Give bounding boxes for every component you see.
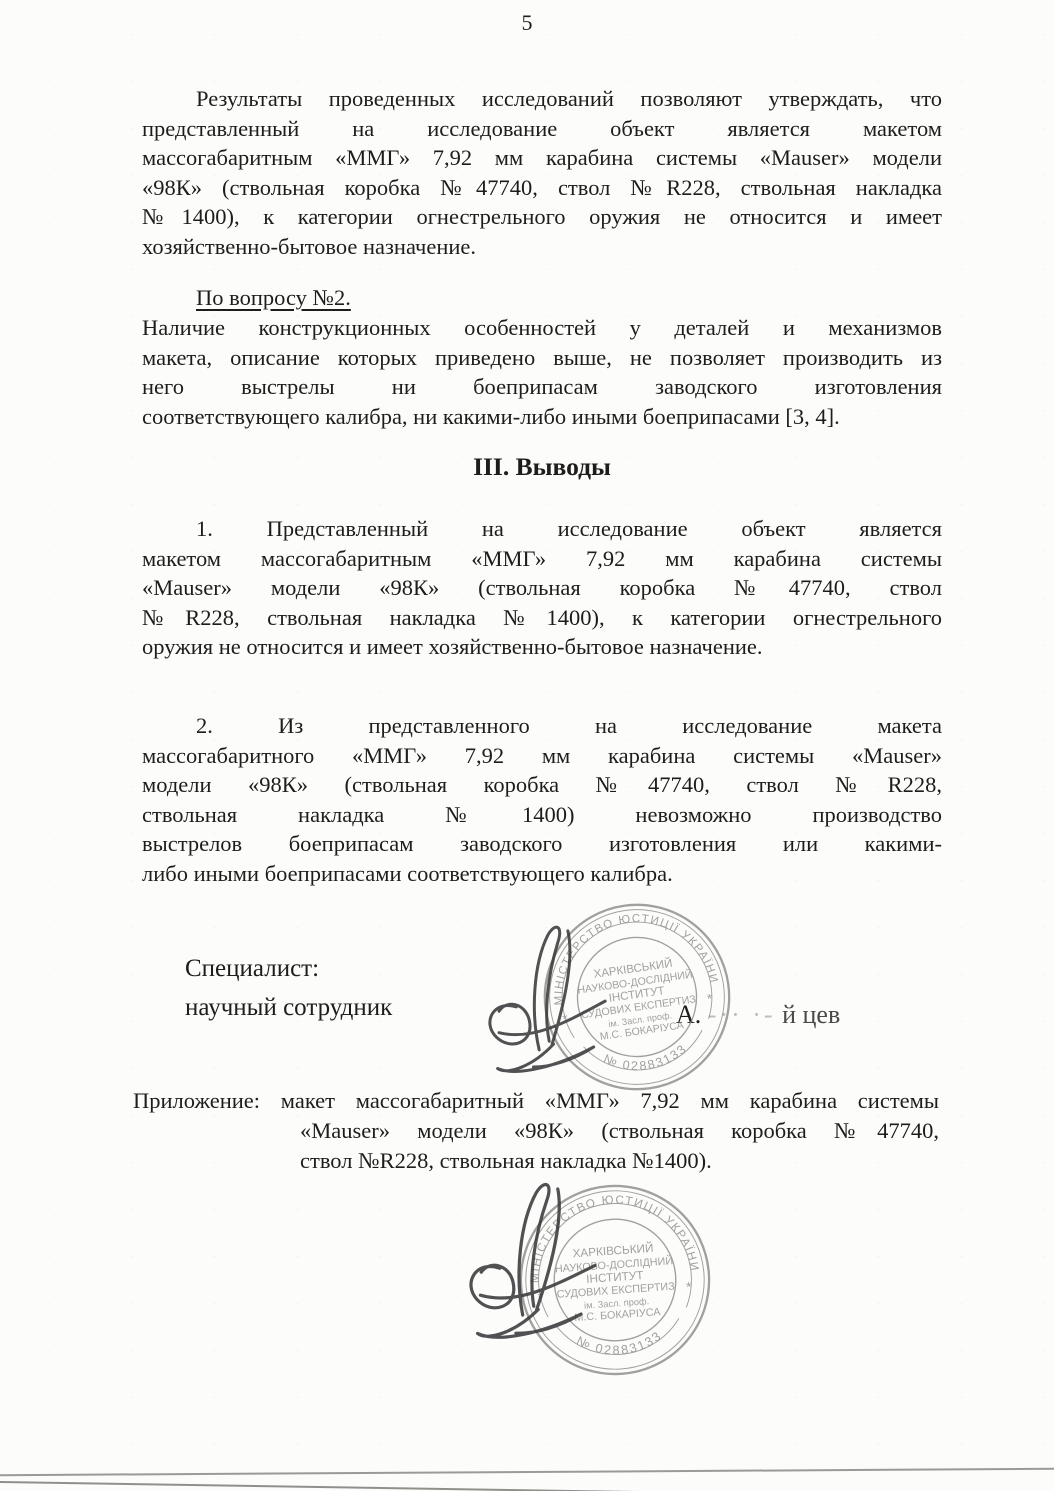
- text-line: макетом массогабаритным «ММГ» 7,92 мм ка…: [142, 544, 942, 574]
- paragraph-question2: Наличие конструкционных особенностей у д…: [142, 313, 942, 431]
- question2-heading: По вопросу №2.: [142, 283, 942, 313]
- conclusions-heading: III. Выводы: [142, 452, 942, 482]
- text-line: представленный на исследование объект яв…: [142, 114, 942, 144]
- text-line: либо иными боеприпасами соответствующего…: [142, 859, 942, 889]
- question2-heading-text: По вопросу №2.: [196, 285, 351, 310]
- signer-role-line1: Специалист:: [185, 955, 319, 983]
- paragraph-results: Результаты проведенных исследований позв…: [142, 84, 942, 261]
- text-line: 2. Из представленного на исследование ма…: [142, 711, 942, 741]
- appendix-paragraph: Приложение: макет массогабаритный «ММГ» …: [133, 1086, 939, 1176]
- signer-name-suffix: й цев: [776, 1000, 841, 1029]
- text-line: №R228, ствольная накладка №1400), к кате…: [142, 603, 942, 633]
- conclusion-item-2: 2. Из представленного на исследование ма…: [142, 711, 942, 888]
- text-line: выстрелов боеприпасам заводского изготов…: [142, 829, 942, 859]
- text-line: Результаты проведенных исследований позв…: [142, 84, 942, 114]
- text-line: Наличие конструкционных особенностей у д…: [142, 313, 942, 343]
- scan-edge-line: [0, 1481, 680, 1491]
- text-line: модели «98К» (ствольная коробка №47740, …: [142, 770, 942, 800]
- stamp-separator-right: *: [706, 991, 714, 1007]
- text-line: макета, описание которых приведено выше,…: [142, 343, 942, 373]
- text-line: «Mauser» модели «98К» (ствольная коробка…: [300, 1116, 939, 1146]
- text-line: ствол №R228, ствольная накладка №1400).: [300, 1146, 939, 1176]
- signer-role-line2: научный сотрудник: [185, 994, 392, 1022]
- text-line: массогабаритного «ММГ» 7,92 мм карабина …: [142, 741, 942, 771]
- scan-edge-line: [0, 1468, 1054, 1476]
- conclusion-item-1: 1. Представленный на исследование объект…: [142, 514, 942, 662]
- text-line: хозяйственно-бытовое назначение.: [142, 232, 942, 262]
- text-line: массогабаритным «ММГ» 7,92 мм карабина с…: [142, 143, 942, 173]
- text-line: соответствующего калибра, ни какими-либо…: [142, 402, 942, 432]
- handwritten-signature-icon: [457, 1170, 647, 1364]
- scanned-document-page: 5 Результаты проведенных исследований по…: [0, 0, 1054, 1491]
- text-line: оружия не относится и имеет хозяйственно…: [142, 632, 942, 662]
- handwritten-signature-icon: [476, 918, 654, 1090]
- text-line: него выстрелы ни боеприпасам заводского …: [142, 372, 942, 402]
- text-line: Приложение: макет массогабаритный «ММГ» …: [133, 1086, 939, 1116]
- text-line: «98К» (ствольная коробка №47740, ствол №…: [142, 173, 942, 203]
- text-line: №1400), к категории огнестрельного оружи…: [142, 202, 942, 232]
- text-line: 1. Представленный на исследование объект…: [142, 514, 942, 544]
- text-line: ствольная накладка №1400) невозможно про…: [142, 800, 942, 830]
- page-number: 5: [0, 10, 1054, 36]
- text-line: «Mauser» модели «98К» (ствольная коробка…: [142, 573, 942, 603]
